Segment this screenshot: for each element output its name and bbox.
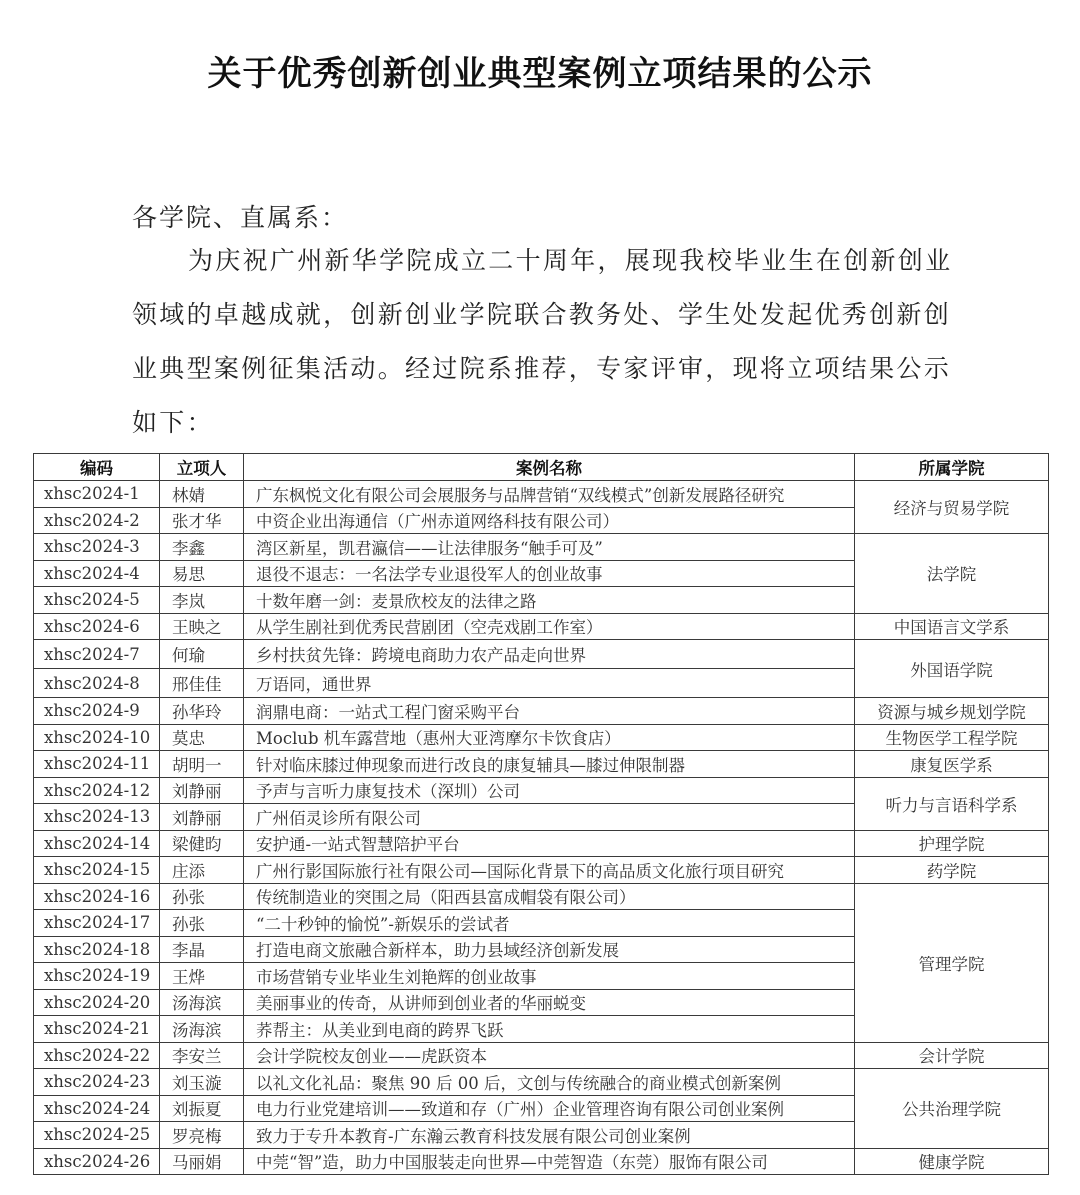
cell-college: 药学院 [855, 857, 1049, 884]
cell-person: 汤海滨 [160, 989, 244, 1016]
table-row: xhsc2024-23 刘玉漩 以礼文化礼品：聚焦 90 后 00 后，文创与传… [34, 1069, 1049, 1096]
table-row: xhsc2024-6 王映之 从学生剧社到优秀民营剧团（空壳戏剧工作室） 中国语… [34, 613, 1049, 640]
cell-code: xhsc2024-3 [34, 534, 160, 561]
cell-case-name: 会计学院校友创业——虎跃资本 [244, 1042, 855, 1069]
cell-case-name: 传统制造业的突围之局（阳西县富成帽袋有限公司） [244, 883, 855, 910]
cell-case-name: 以礼文化礼品：聚焦 90 后 00 后，文创与传统融合的商业模式创新案例 [244, 1069, 855, 1096]
cell-person: 邢佳佳 [160, 669, 244, 698]
cell-case-name: 广东枫悦文化有限公司会展服务与品牌营销“双线模式”创新发展路径研究 [244, 481, 855, 508]
salutation: 各学院、直属系： [132, 198, 348, 234]
cell-case-name: 中资企业出海通信（广州赤道网络科技有限公司） [244, 507, 855, 534]
cell-code: xhsc2024-6 [34, 613, 160, 640]
cell-code: xhsc2024-14 [34, 830, 160, 857]
cell-college: 资源与城乡规划学院 [855, 698, 1049, 725]
case-results-table: 编码 立项人 案例名称 所属学院 xhsc2024-1 林婧 广东枫悦文化有限公… [33, 453, 1049, 1175]
header-code: 编码 [34, 454, 160, 481]
cell-case-name: 市场营销专业毕业生刘艳辉的创业故事 [244, 963, 855, 990]
cell-code: xhsc2024-4 [34, 560, 160, 587]
cell-person: 林婧 [160, 481, 244, 508]
cell-case-name: “二十秒钟的愉悦”-新娱乐的尝试者 [244, 910, 855, 937]
cell-code: xhsc2024-19 [34, 963, 160, 990]
cell-code: xhsc2024-10 [34, 724, 160, 751]
table-row: xhsc2024-1 林婧 广东枫悦文化有限公司会展服务与品牌营销“双线模式”创… [34, 481, 1049, 508]
cell-college: 经济与贸易学院 [855, 481, 1049, 534]
cell-case-name: 电力行业党建培训——致道和存（广州）企业管理咨询有限公司创业案例 [244, 1095, 855, 1122]
cell-code: xhsc2024-18 [34, 936, 160, 963]
cell-person: 王烨 [160, 963, 244, 990]
table-row: xhsc2024-3 李鑫 湾区新星，凯君瀛信——让法律服务“触手可及” 法学院 [34, 534, 1049, 561]
cell-code: xhsc2024-25 [34, 1122, 160, 1149]
cell-code: xhsc2024-15 [34, 857, 160, 884]
table-row: xhsc2024-12 刘静丽 予声与言听力康复技术（深圳）公司 听力与言语科学… [34, 777, 1049, 804]
cell-case-name: 荞帮主：从美业到电商的跨界飞跃 [244, 1016, 855, 1043]
cell-college: 中国语言文学系 [855, 613, 1049, 640]
cell-case-name: Moclub 机车露营地（惠州大亚湾摩尔卡饮食店） [244, 724, 855, 751]
cell-code: xhsc2024-20 [34, 989, 160, 1016]
cell-case-name: 乡村扶贫先锋：跨境电商助力农产品走向世界 [244, 640, 855, 669]
table-row: xhsc2024-11 胡明一 针对临床膝过伸现象而进行改良的康复辅具—膝过伸限… [34, 751, 1049, 778]
body-paragraph: 为庆祝广州新华学院成立二十周年，展现我校毕业生在创新创业领域的卓越成就，创新创业… [132, 234, 962, 450]
cell-case-name: 广州行影国际旅行社有限公司—国际化背景下的高品质文化旅行项目研究 [244, 857, 855, 884]
document-title: 关于优秀创新创业典型案例立项结果的公示 [0, 46, 1080, 95]
cell-person: 刘玉漩 [160, 1069, 244, 1096]
cell-case-name: 十数年磨一剑：麦景欣校友的法律之路 [244, 587, 855, 614]
cell-person: 梁健昀 [160, 830, 244, 857]
cell-code: xhsc2024-2 [34, 507, 160, 534]
cell-case-name: 广州佰灵诊所有限公司 [244, 804, 855, 831]
cell-college: 护理学院 [855, 830, 1049, 857]
cell-college: 公共治理学院 [855, 1069, 1049, 1149]
cell-person: 何瑜 [160, 640, 244, 669]
table-row: xhsc2024-7 何瑜 乡村扶贫先锋：跨境电商助力农产品走向世界 外国语学院 [34, 640, 1049, 669]
cell-person: 罗亮梅 [160, 1122, 244, 1149]
cell-college: 法学院 [855, 534, 1049, 614]
cell-case-name: 润鼎电商：一站式工程门窗采购平台 [244, 698, 855, 725]
cell-person: 刘静丽 [160, 804, 244, 831]
cell-person: 庄添 [160, 857, 244, 884]
cell-person: 胡明一 [160, 751, 244, 778]
cell-college: 听力与言语科学系 [855, 777, 1049, 830]
cell-code: xhsc2024-11 [34, 751, 160, 778]
cell-college: 外国语学院 [855, 640, 1049, 698]
cell-case-name: 湾区新星，凯君瀛信——让法律服务“触手可及” [244, 534, 855, 561]
cell-code: xhsc2024-17 [34, 910, 160, 937]
cell-code: xhsc2024-16 [34, 883, 160, 910]
cell-code: xhsc2024-26 [34, 1148, 160, 1175]
cell-case-name: 致力于专升本教育-广东瀚云教育科技发展有限公司创业案例 [244, 1122, 855, 1149]
cell-case-name: 打造电商文旅融合新样本，助力县域经济创新发展 [244, 936, 855, 963]
table-row: xhsc2024-26 马丽娟 中莞“智”造，助力中国服装走向世界—中莞智造（东… [34, 1148, 1049, 1175]
table-row: xhsc2024-22 李安兰 会计学院校友创业——虎跃资本 会计学院 [34, 1042, 1049, 1069]
cell-code: xhsc2024-13 [34, 804, 160, 831]
cell-code: xhsc2024-23 [34, 1069, 160, 1096]
cell-person: 李岚 [160, 587, 244, 614]
cell-code: xhsc2024-1 [34, 481, 160, 508]
table-row: xhsc2024-9 孙华玲 润鼎电商：一站式工程门窗采购平台 资源与城乡规划学… [34, 698, 1049, 725]
cell-person: 李安兰 [160, 1042, 244, 1069]
cell-code: xhsc2024-9 [34, 698, 160, 725]
header-college: 所属学院 [855, 454, 1049, 481]
cell-person: 李鑫 [160, 534, 244, 561]
cell-case-name: 退役不退志：一名法学专业退役军人的创业故事 [244, 560, 855, 587]
cell-case-name: 针对临床膝过伸现象而进行改良的康复辅具—膝过伸限制器 [244, 751, 855, 778]
cell-code: xhsc2024-12 [34, 777, 160, 804]
table-row: xhsc2024-10 莫忠 Moclub 机车露营地（惠州大亚湾摩尔卡饮食店）… [34, 724, 1049, 751]
cell-case-name: 美丽事业的传奇，从讲师到创业者的华丽蜕变 [244, 989, 855, 1016]
table-header-row: 编码 立项人 案例名称 所属学院 [34, 454, 1049, 481]
cell-person: 王映之 [160, 613, 244, 640]
cell-person: 汤海滨 [160, 1016, 244, 1043]
cell-person: 孙华玲 [160, 698, 244, 725]
header-person: 立项人 [160, 454, 244, 481]
cell-code: xhsc2024-21 [34, 1016, 160, 1043]
cell-college: 生物医学工程学院 [855, 724, 1049, 751]
cell-person: 马丽娟 [160, 1148, 244, 1175]
header-case-name: 案例名称 [244, 454, 855, 481]
table-row: xhsc2024-16 孙张 传统制造业的突围之局（阳西县富成帽袋有限公司） 管… [34, 883, 1049, 910]
cell-case-name: 万语同，通世界 [244, 669, 855, 698]
cell-college: 管理学院 [855, 883, 1049, 1042]
cell-person: 李晶 [160, 936, 244, 963]
cell-college: 会计学院 [855, 1042, 1049, 1069]
cell-code: xhsc2024-22 [34, 1042, 160, 1069]
table-row: xhsc2024-14 梁健昀 安护通-一站式智慧陪护平台 护理学院 [34, 830, 1049, 857]
cell-code: xhsc2024-24 [34, 1095, 160, 1122]
cell-case-name: 中莞“智”造，助力中国服装走向世界—中莞智造（东莞）服饰有限公司 [244, 1148, 855, 1175]
cell-person: 刘振夏 [160, 1095, 244, 1122]
cell-person: 刘静丽 [160, 777, 244, 804]
cell-person: 孙张 [160, 883, 244, 910]
cell-college: 康复医学系 [855, 751, 1049, 778]
table-row: xhsc2024-15 庄添 广州行影国际旅行社有限公司—国际化背景下的高品质文… [34, 857, 1049, 884]
cell-case-name: 从学生剧社到优秀民营剧团（空壳戏剧工作室） [244, 613, 855, 640]
cell-code: xhsc2024-5 [34, 587, 160, 614]
cell-code: xhsc2024-7 [34, 640, 160, 669]
cell-person: 莫忠 [160, 724, 244, 751]
cell-code: xhsc2024-8 [34, 669, 160, 698]
cell-college: 健康学院 [855, 1148, 1049, 1175]
cell-person: 易思 [160, 560, 244, 587]
cell-person: 张才华 [160, 507, 244, 534]
cell-case-name: 安护通-一站式智慧陪护平台 [244, 830, 855, 857]
cell-case-name: 予声与言听力康复技术（深圳）公司 [244, 777, 855, 804]
cell-person: 孙张 [160, 910, 244, 937]
